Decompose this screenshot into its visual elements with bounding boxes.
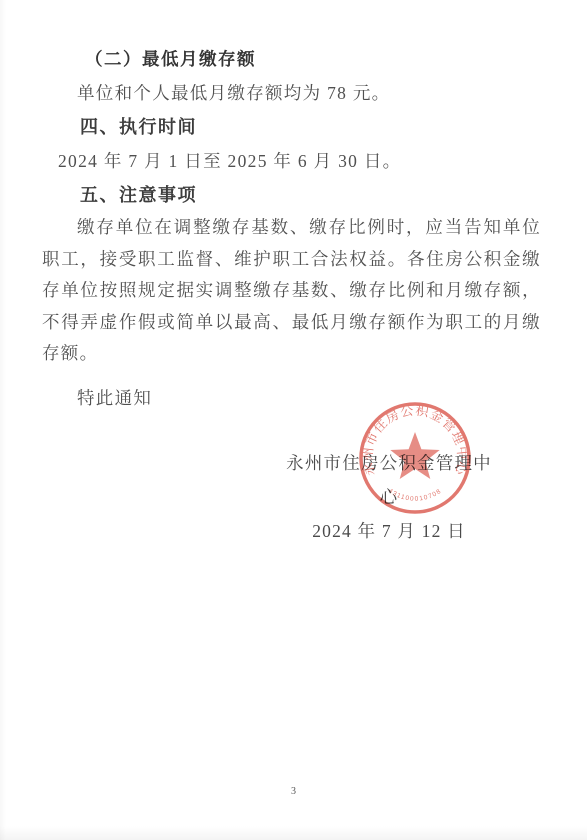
document-body: （二）最低月缴存额 单位和个人最低月缴存额均为 78 元。 四、执行时间 202… [42, 42, 541, 415]
para-min-monthly-amount: 单位和个人最低月缴存额均为 78 元。 [42, 76, 541, 110]
official-seal-icon: 永州市住房公积金管理中心 431100010708 [355, 398, 475, 518]
document-page: （二）最低月缴存额 单位和个人最低月缴存额均为 78 元。 四、执行时间 202… [0, 0, 587, 840]
official-seal: 永州市住房公积金管理中心 431100010708 [355, 398, 475, 518]
heading-notes: 五、注意事项 [80, 178, 541, 212]
page-number: 3 [0, 786, 587, 797]
seal-code: 431100010708 [387, 488, 443, 503]
seal-star-icon [390, 432, 439, 479]
svg-text:431100010708: 431100010708 [387, 488, 443, 503]
para-notes: 缴存单位在调整缴存基数、缴存比例时，应当告知单位职工，接受职工监督、维护职工合法… [42, 212, 541, 370]
signature-date: 2024 年 7 月 12 日 [283, 514, 495, 548]
heading-min-monthly-amount: （二）最低月缴存额 [85, 42, 541, 76]
heading-execution-time: 四、执行时间 [80, 110, 541, 144]
para-execution-time: 2024 年 7 月 1 日至 2025 年 6 月 30 日。 [42, 144, 541, 178]
